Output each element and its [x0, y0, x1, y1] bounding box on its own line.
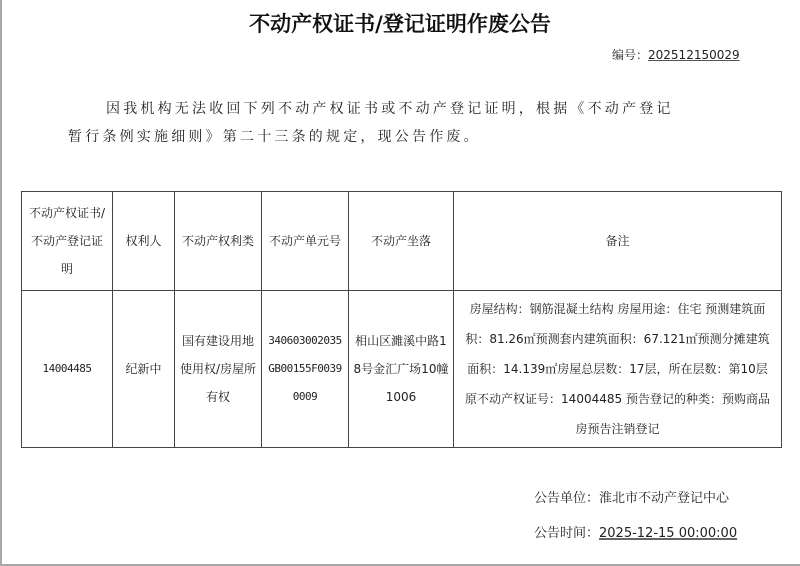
notice-unit: 公告单位：淮北市不动产登记中心 — [534, 487, 729, 506]
intro-line-2: 暂行条例实施细则》第二十三条的规定，现公告作废。 — [68, 123, 748, 151]
cell-right-type: 国有建设用地使用权/房屋所有权 — [175, 291, 262, 448]
cell-owner: 纪新中 — [113, 291, 175, 448]
notice-title: 不动产权证书/登记证明作废公告 — [0, 8, 800, 38]
notice-intro: 因我机构无法收回下列不动产权证书或不动产登记证明，根据《不动产登记 暂行条例实施… — [68, 95, 748, 151]
header-right-type: 不动产权利类 — [175, 192, 262, 291]
header-unit-no: 不动产单元号 — [262, 192, 349, 291]
unit-label: 公告单位： — [534, 491, 599, 506]
table-header-row: 不动产权证书/不动产登记证明 权利人 不动产权利类 不动产单元号 不动产坐落 备… — [22, 192, 782, 291]
serial-value: 202512150029 — [648, 48, 740, 62]
intro-line-1: 因我机构无法收回下列不动产权证书或不动产登记证明，根据《不动产登记 — [68, 95, 748, 123]
time-value: 2025-12-15 00:00:00 — [599, 526, 737, 541]
header-certificate: 不动产权证书/不动产登记证明 — [22, 192, 113, 291]
cell-remark: 房屋结构：钢筋混凝土结构 房屋用途：住宅 预测建筑面积：81.26㎡预测套内建筑… — [454, 291, 782, 448]
cell-location: 相山区濉溪中路18号金汇广场10幢1006 — [349, 291, 454, 448]
header-owner: 权利人 — [113, 192, 175, 291]
time-label: 公告时间： — [534, 526, 599, 541]
unit-value: 淮北市不动产登记中心 — [599, 491, 729, 506]
serial-number: 编号：202512150029 — [612, 46, 740, 63]
page-left-border — [0, 0, 2, 566]
cell-certificate-no: 14004485 — [22, 291, 113, 448]
table-row: 14004485 纪新中 国有建设用地使用权/房屋所有权 34060300203… — [22, 291, 782, 448]
notice-time: 公告时间：2025-12-15 00:00:00 — [534, 522, 737, 541]
header-location: 不动产坐落 — [349, 192, 454, 291]
void-certificate-table: 不动产权证书/不动产登记证明 权利人 不动产权利类 不动产单元号 不动产坐落 备… — [21, 191, 782, 448]
serial-label: 编号： — [612, 48, 648, 62]
header-remark: 备注 — [454, 192, 782, 291]
cell-unit-no: 340603002035GB00155F00390009 — [262, 291, 349, 448]
